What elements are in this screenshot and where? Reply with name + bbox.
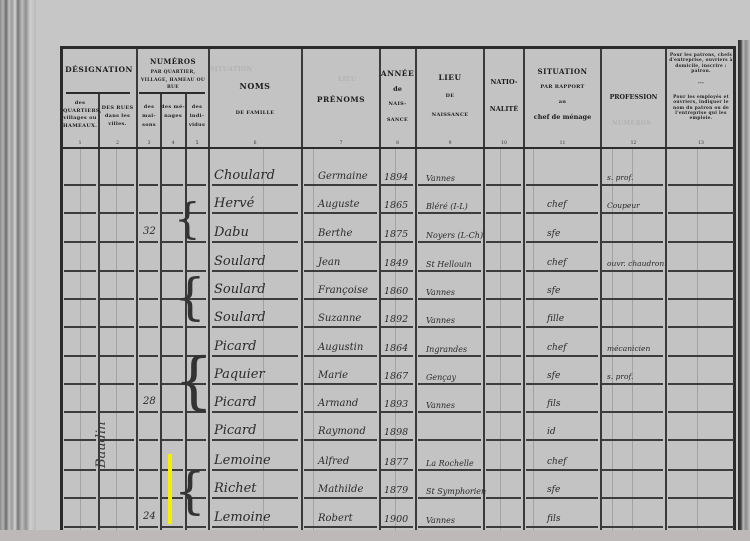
row-rule (418, 212, 481, 214)
header-bottom-rule (63, 147, 735, 149)
row-rule (212, 526, 298, 528)
faint-rule (263, 148, 264, 530)
row-rule (486, 241, 521, 243)
cell-annee: 1864 (384, 344, 408, 354)
cell-annee: 1865 (384, 201, 408, 211)
cell-prenom: Germaine (318, 172, 368, 182)
noms-subtitle: DE FAMILLE (210, 111, 300, 117)
row-rule (486, 526, 521, 528)
row-rule (668, 184, 734, 186)
row-rule (187, 439, 206, 441)
cell-nom: Choulard (214, 169, 275, 182)
column-number: 2 (100, 141, 135, 146)
faint-rule (533, 148, 534, 530)
row-rule (212, 241, 298, 243)
cell-lieu: Noyers (L-Ch) (426, 232, 483, 240)
row-rule (526, 469, 598, 471)
row-rule (602, 383, 663, 385)
row-rule (668, 411, 734, 413)
column-divider (415, 49, 417, 530)
row-rule (602, 212, 663, 214)
column-number: 4 (161, 141, 185, 146)
cell-annee: 1894 (384, 173, 408, 183)
cell-situation: chef (547, 344, 567, 353)
cell-profession: mécanicien (607, 345, 650, 353)
row-rule (100, 526, 134, 528)
row-rule (100, 355, 134, 357)
row-rule (602, 184, 663, 186)
cell-situation: fils (547, 515, 561, 524)
column-number: 11 (525, 141, 600, 146)
row-rule (139, 326, 158, 328)
row-rule (418, 526, 481, 528)
household-brace: { (174, 350, 213, 412)
row-rule (526, 326, 598, 328)
page-edge (738, 40, 750, 530)
column-number: 13 (667, 141, 735, 146)
cell-maison: 28 (143, 397, 156, 407)
row-rule (602, 497, 663, 499)
row-rule (212, 212, 298, 214)
row-rule (304, 355, 377, 357)
cell-prenom: Raymond (318, 427, 366, 437)
row-rule (381, 241, 413, 243)
page-bottom-margin (0, 530, 750, 541)
row-rule (64, 326, 96, 328)
row-rule (304, 526, 377, 528)
cell-lieu: Bléré (I-L) (426, 203, 468, 211)
row-rule (668, 439, 734, 441)
row-rule (381, 355, 413, 357)
row-rule (139, 212, 158, 214)
cell-maison: 24 (143, 512, 156, 522)
row-rule (304, 383, 377, 385)
row-rule (100, 212, 134, 214)
cell-nom: Hervé (214, 197, 254, 210)
cell-prenom: Augustin (318, 343, 363, 353)
row-rule (139, 469, 158, 471)
column-number: 1 (63, 141, 97, 146)
cell-annee: 1867 (384, 372, 408, 382)
cell-nom: Paquier (214, 368, 265, 381)
row-rule (486, 383, 521, 385)
row-rule (64, 497, 96, 499)
cell-prenom: Suzanne (318, 314, 361, 324)
row-rule (486, 411, 521, 413)
noms-header: NOMS (210, 82, 300, 91)
row-rule (381, 184, 413, 186)
row-rule (602, 298, 663, 300)
row-rule (526, 439, 598, 441)
cell-prenom: Alfred (318, 457, 349, 467)
row-rule (162, 326, 183, 328)
row-rule (418, 355, 481, 357)
designation-header: DÉSIGNATION (62, 66, 136, 75)
cell-annee: 1892 (384, 315, 408, 325)
annee-header-line: de (380, 86, 415, 93)
row-rule (64, 355, 96, 357)
row-rule (381, 270, 413, 272)
cell-profession: s. prof. (607, 174, 633, 182)
row-rule (526, 184, 598, 186)
row-rule (64, 439, 96, 441)
row-rule (526, 212, 598, 214)
numeros-subtitle: PAR QUARTIER, VILLAGE, HAMEAU OU RUE (138, 69, 208, 92)
column-number: 5 (186, 141, 208, 146)
individus-header: des indi-vidus (186, 103, 208, 130)
household-brace: { (174, 272, 206, 322)
row-rule (602, 469, 663, 471)
row-rule (187, 184, 206, 186)
quartiers-header: des QUARTIERS, villages ou HAMEAUX. (63, 100, 97, 130)
lieu-header-line: DE (417, 94, 483, 100)
row-rule (668, 326, 734, 328)
cell-situation: chef (547, 458, 567, 467)
row-rule (139, 270, 158, 272)
row-rule (418, 241, 481, 243)
faint-rule (500, 148, 501, 530)
row-rule (381, 411, 413, 413)
row-rule (100, 411, 134, 413)
column-number: 12 (601, 141, 666, 146)
situation-header-line: chef de ménage (525, 114, 600, 121)
row-rule (526, 355, 598, 357)
cell-prenom: Françoise (318, 286, 368, 296)
row-rule (668, 355, 734, 357)
row-rule (381, 383, 413, 385)
column-number: 7 (303, 141, 379, 146)
cell-annee: 1849 (384, 259, 408, 269)
row-rule (418, 439, 481, 441)
row-rule (64, 411, 96, 413)
annee-header-line: SANCE (380, 118, 415, 124)
row-rule (418, 270, 481, 272)
cell-annee: 1875 (384, 230, 408, 240)
row-rule (486, 469, 521, 471)
row-rule (212, 383, 298, 385)
cell-situation: sfe (547, 287, 560, 296)
cell-nom: Picard (214, 340, 256, 353)
row-rule (304, 497, 377, 499)
cell-annee: 1900 (384, 515, 408, 525)
row-rule (418, 469, 481, 471)
row-rule (304, 241, 377, 243)
row-rule (668, 212, 734, 214)
row-rule (64, 526, 96, 528)
situation-header-line: au (525, 100, 600, 106)
row-rule (64, 469, 96, 471)
row-rule (139, 355, 158, 357)
row-rule (162, 526, 183, 528)
row-rule (212, 326, 298, 328)
row-rule (304, 298, 377, 300)
rues-header: DES RUES dans les villes. (100, 104, 135, 128)
column-number: 10 (484, 141, 524, 146)
cell-prenom: Berthe (318, 229, 352, 239)
row-rule (526, 497, 598, 499)
nationalite-header: NATIO- (484, 79, 524, 86)
row-rule (64, 383, 96, 385)
row-rule (602, 526, 663, 528)
row-rule (304, 411, 377, 413)
cell-lieu: Gençay (426, 374, 456, 382)
annee-header-line: NAIS- (380, 102, 415, 108)
row-rule (304, 184, 377, 186)
row-rule (486, 298, 521, 300)
annee-header: ANNÉE (380, 70, 415, 79)
row-rule (381, 439, 413, 441)
row-rule (486, 184, 521, 186)
row-rule (304, 439, 377, 441)
row-rule (381, 469, 413, 471)
book-binding (0, 0, 36, 541)
row-rule (100, 469, 134, 471)
cell-nom: Dabu (214, 226, 249, 239)
row-rule (304, 469, 377, 471)
cell-prenom: Jean (318, 258, 340, 268)
faint-rule (116, 148, 117, 530)
lieu-header-line: NAISSANCE (417, 113, 483, 119)
cell-nom: Soulard (214, 255, 266, 268)
row-rule (668, 241, 734, 243)
cell-annee: 1893 (384, 400, 408, 410)
row-rule (486, 439, 521, 441)
cell-nom: Picard (214, 396, 256, 409)
cell-lieu: La Rochelle (426, 460, 474, 468)
cell-annee: 1898 (384, 428, 408, 438)
row-rule (100, 184, 134, 186)
yellow-highlight-mark (168, 454, 172, 524)
cell-annee: 1877 (384, 458, 408, 468)
cell-nom: Soulard (214, 311, 266, 324)
row-rule (602, 270, 663, 272)
row-rule (486, 355, 521, 357)
cell-annee: 1879 (384, 486, 408, 496)
cell-maison: 32 (143, 227, 156, 237)
maisons-header: des mai-sons (138, 103, 160, 130)
cell-lieu: St Symphorien (426, 488, 486, 496)
cell-situation: sfe (547, 486, 560, 495)
column-divider (600, 49, 602, 530)
row-rule (100, 326, 134, 328)
row-rule (526, 526, 598, 528)
row-rule (64, 184, 96, 186)
row-rule (100, 270, 134, 272)
row-rule (602, 326, 663, 328)
cell-lieu: Vannes (426, 517, 455, 525)
header-rule (66, 92, 130, 94)
row-rule (100, 298, 134, 300)
row-rule (418, 298, 481, 300)
row-rule (668, 497, 734, 499)
patron-separator: --- (667, 82, 735, 87)
row-rule (139, 411, 158, 413)
row-rule (418, 383, 481, 385)
cell-lieu: St Hellouin (426, 261, 472, 269)
cell-lieu: Vannes (426, 175, 455, 183)
row-rule (668, 526, 734, 528)
row-rule (212, 469, 298, 471)
cell-profession: ouvr. chaudron. (607, 260, 667, 268)
row-rule (381, 298, 413, 300)
column-divider (160, 92, 162, 530)
row-rule (668, 469, 734, 471)
row-rule (486, 270, 521, 272)
row-rule (187, 326, 206, 328)
row-rule (381, 212, 413, 214)
row-rule (304, 326, 377, 328)
row-rule (212, 439, 298, 441)
cell-prenom: Auguste (318, 200, 360, 210)
row-rule (212, 411, 298, 413)
cell-profession: s. prof. (607, 373, 633, 381)
row-rule (64, 270, 96, 272)
row-rule (212, 270, 298, 272)
street-name: Baudin (94, 421, 109, 468)
row-rule (668, 383, 734, 385)
row-rule (526, 298, 598, 300)
prenoms-header: PRÉNOMS (303, 96, 379, 105)
row-rule (212, 355, 298, 357)
row-rule (668, 298, 734, 300)
bleed-through-text: LIEU (338, 76, 356, 83)
situation-header: SITUATION (525, 68, 600, 76)
cell-lieu: Ingrandes (426, 346, 467, 354)
cell-prenom: Robert (318, 514, 353, 524)
row-rule (486, 212, 521, 214)
profession-header: PROFESSION (601, 94, 666, 101)
cell-annee: 1860 (384, 287, 408, 297)
row-rule (304, 212, 377, 214)
row-rule (212, 298, 298, 300)
cell-nom: Soulard (214, 283, 266, 296)
row-rule (64, 298, 96, 300)
cell-nom: Richet (214, 482, 257, 495)
numeros-header: NUMÉROS (138, 58, 208, 66)
cell-nom: Picard (214, 424, 256, 437)
row-rule (526, 383, 598, 385)
row-rule (100, 497, 134, 499)
cell-situation: sfe (547, 230, 560, 239)
faint-rule (80, 148, 81, 530)
faint-rule (313, 148, 314, 530)
row-rule (64, 212, 96, 214)
lieu-header: LIEU (417, 74, 483, 83)
row-rule (526, 241, 598, 243)
row-rule (486, 326, 521, 328)
row-rule (418, 326, 481, 328)
cell-prenom: Armand (318, 399, 358, 409)
cell-situation: chef (547, 201, 567, 210)
row-rule (526, 270, 598, 272)
row-rule (139, 383, 158, 385)
cell-prenom: Marie (318, 371, 348, 381)
cell-situation: fille (547, 315, 564, 324)
row-rule (212, 184, 298, 186)
household-brace: { (174, 198, 201, 240)
cell-nom: Lemoine (214, 511, 271, 524)
row-rule (602, 241, 663, 243)
row-rule (162, 184, 183, 186)
cell-lieu: Vannes (426, 402, 455, 410)
cell-lieu: Vannes (426, 289, 455, 297)
faint-rule (697, 148, 698, 530)
column-number: 6 (210, 141, 300, 146)
row-rule (304, 270, 377, 272)
bleed-through-text: SITUATION (210, 66, 253, 73)
row-rule (418, 411, 481, 413)
row-rule (139, 439, 158, 441)
column-divider (483, 49, 485, 530)
row-rule (668, 270, 734, 272)
row-rule (381, 497, 413, 499)
row-rule (100, 383, 134, 385)
cell-situation: fils (547, 400, 561, 409)
row-rule (381, 526, 413, 528)
row-rule (418, 184, 481, 186)
column-number: 9 (417, 141, 483, 146)
row-rule (526, 411, 598, 413)
row-rule (381, 326, 413, 328)
column-number: 8 (380, 141, 415, 146)
column-divider (301, 49, 303, 530)
cell-situation: id (547, 428, 556, 437)
cell-situation: chef (547, 259, 567, 268)
cell-profession: Coupeur (607, 202, 640, 210)
situation-header-line: PAR RAPPORT (525, 85, 600, 91)
row-rule (139, 184, 158, 186)
row-rule (139, 298, 158, 300)
row-rule (486, 497, 521, 499)
household-brace: { (174, 466, 206, 516)
row-rule (602, 411, 663, 413)
row-rule (418, 497, 481, 499)
cell-nom: Lemoine (214, 454, 271, 467)
bleed-through-text: NUMÉROS (612, 120, 651, 127)
row-rule (162, 439, 183, 441)
row-rule (139, 526, 158, 528)
nationalite-header-line: NALITÉ (484, 106, 524, 113)
column-number: 3 (138, 141, 160, 146)
row-rule (139, 241, 158, 243)
cell-lieu: Vannes (426, 317, 455, 325)
menages-header: des mé-nages (161, 103, 185, 121)
row-rule (602, 355, 663, 357)
patron-note-1: Pour les patrons, chefs d'entreprise, ou… (667, 53, 735, 74)
header-rule (139, 92, 205, 94)
cell-situation: sfe (547, 372, 560, 381)
row-rule (64, 241, 96, 243)
row-rule (212, 497, 298, 499)
cell-prenom: Mathilde (318, 485, 363, 495)
patron-note-2: Pour les employés et ouvriers, indiquer … (667, 95, 735, 122)
row-rule (602, 439, 663, 441)
row-rule (187, 526, 206, 528)
column-divider (208, 49, 210, 530)
row-rule (139, 497, 158, 499)
row-rule (100, 241, 134, 243)
